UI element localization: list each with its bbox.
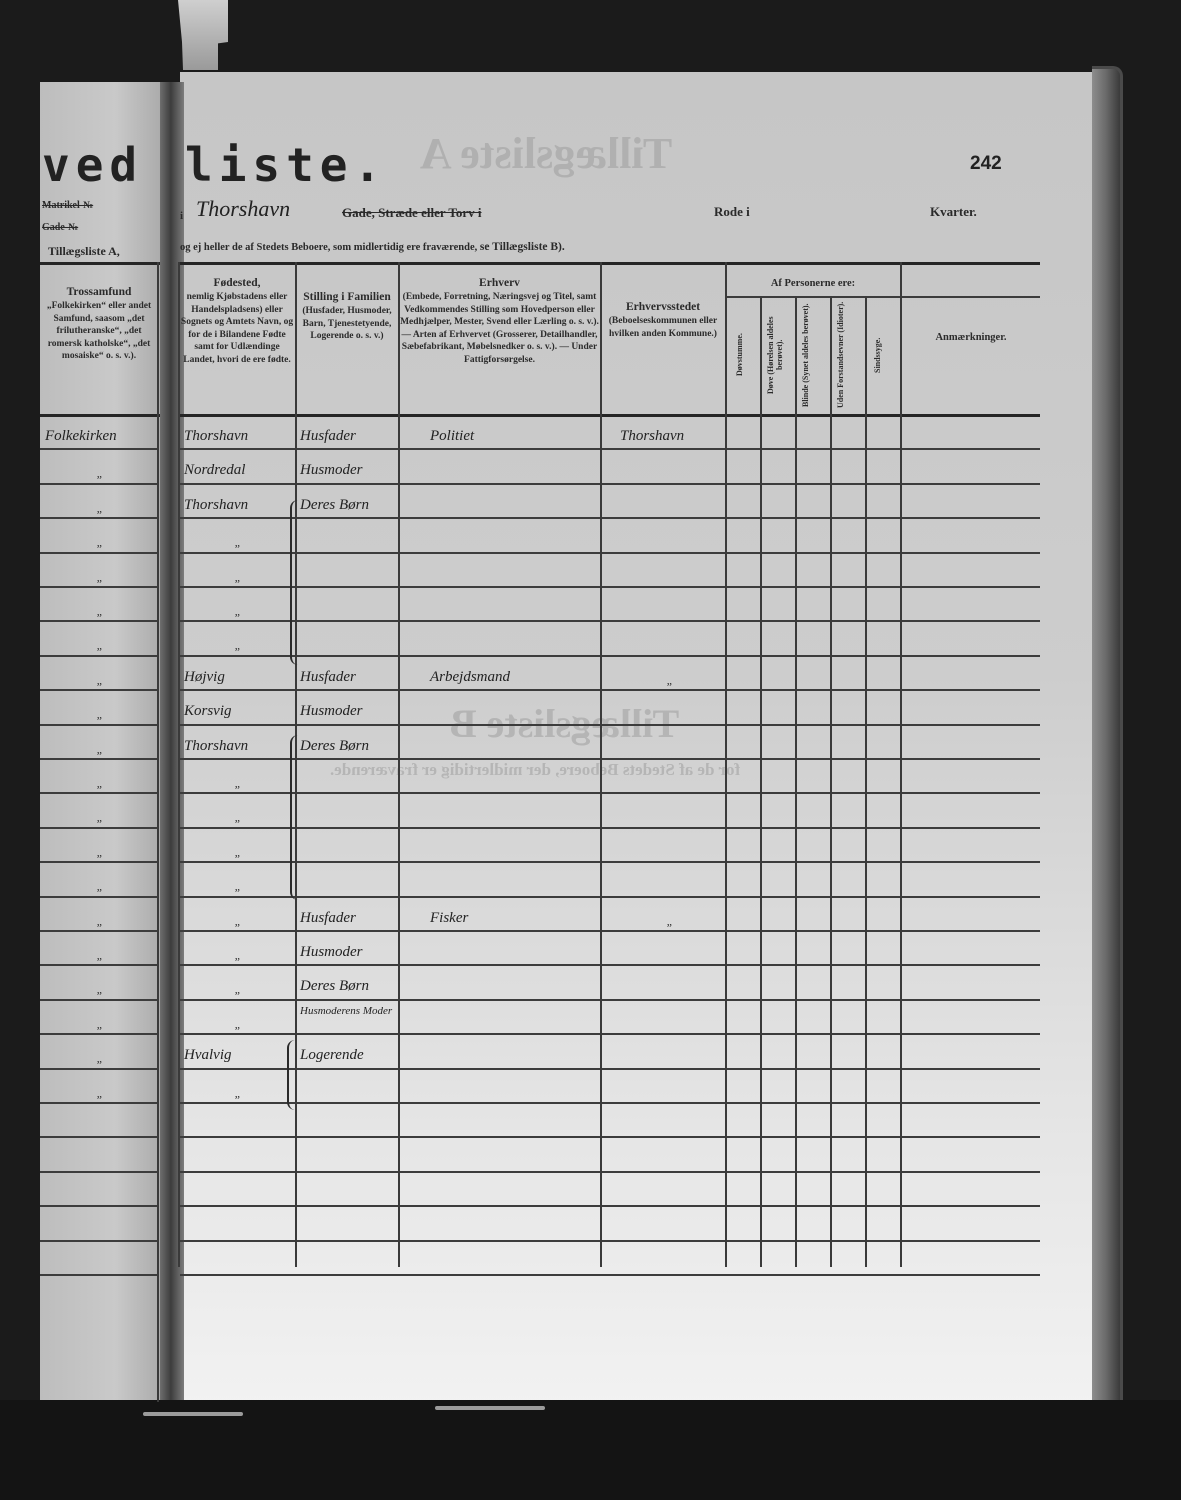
- row-rule-left: [40, 999, 158, 1001]
- cell-fodested: „: [184, 570, 292, 585]
- cell-fodested: „: [184, 1086, 292, 1101]
- subheader-blinde: Blinde (Synet aldeles berøvet).: [801, 300, 825, 410]
- row-rule-left: [40, 689, 158, 691]
- cell-trossamfund: „: [45, 673, 155, 688]
- cell-trossamfund: „: [45, 570, 155, 585]
- column-rule: [398, 262, 400, 1267]
- row-rule-left: [40, 1205, 158, 1207]
- page-edge: [1092, 66, 1123, 1429]
- column-rule: [900, 262, 902, 1267]
- place-handwritten: Thorshavn: [196, 196, 290, 222]
- row-rule-left: [40, 586, 158, 588]
- header-stilling: Stilling i Familien (Husfader, Husmoder,…: [297, 290, 397, 343]
- cell-fodested: „: [184, 638, 292, 653]
- binding-glint: [435, 1406, 545, 1410]
- table-top-rule: [180, 262, 1040, 265]
- cell-trossamfund: „: [45, 879, 155, 894]
- cell-fodested: „: [184, 982, 292, 997]
- table-top-rule-left: [40, 262, 160, 265]
- row-rule: [180, 483, 1040, 485]
- cell-fodested: Hvalvig: [184, 1047, 292, 1064]
- cell-trossamfund: „: [45, 1051, 155, 1066]
- row-rule: [180, 517, 1040, 519]
- cell-stilling: Deres Børn: [300, 978, 396, 995]
- row-rule-left: [40, 1274, 158, 1276]
- page-number: 242: [970, 153, 1002, 175]
- children-brace: [290, 735, 302, 900]
- cell-fodested: „: [184, 604, 292, 619]
- matrikel-label: Matrikel-№: [42, 200, 93, 211]
- column-rule: [725, 262, 727, 1267]
- row-rule: [180, 552, 1040, 554]
- cell-trossamfund: „: [45, 776, 155, 791]
- column-rule: [830, 296, 832, 1267]
- row-rule: [180, 620, 1040, 622]
- row-rule-left: [40, 483, 158, 485]
- column-rule: [600, 262, 602, 1267]
- cell-trossamfund: „: [45, 466, 155, 481]
- row-rule-left: [40, 861, 158, 863]
- cell-fodested: „: [184, 914, 292, 929]
- header-anmaerkninger: Anmærkninger.: [902, 330, 1040, 345]
- row-rule-left: [40, 1171, 158, 1173]
- row-rule-left: [40, 896, 158, 898]
- subheader-dovstumme: Døvstumme.: [735, 300, 753, 410]
- row-rule-left: [40, 792, 158, 794]
- ghost-line-mid: for de af Stedets Beboere, der midlertid…: [330, 760, 740, 780]
- row-rule: [180, 827, 1040, 829]
- row-rule: [180, 930, 1040, 932]
- column-rule: [178, 262, 180, 1267]
- cell-erhverv: Fisker: [430, 910, 590, 927]
- header-erhverv: Erhverv (Embede, Forretning, Næringsvej …: [400, 276, 599, 366]
- supplement-a-ref: Tillægsliste A,: [48, 244, 120, 259]
- children-brace: [290, 500, 302, 665]
- row-rule-left: [40, 1033, 158, 1035]
- row-rule: [180, 1068, 1040, 1070]
- column-rule: [795, 296, 797, 1267]
- cell-stilling: Husfader: [300, 669, 396, 686]
- cell-trossamfund: „: [45, 845, 155, 860]
- cell-fodested: Nordredal: [184, 462, 292, 479]
- rode-label: Rode i: [714, 204, 750, 220]
- gade-label: Gade-№: [42, 222, 78, 233]
- row-rule: [180, 1136, 1040, 1138]
- cell-erhverv: Politiet: [430, 428, 590, 445]
- subheader-sindssyge: Sindssyge.: [873, 300, 891, 410]
- cell-stilling: Husfader: [300, 910, 396, 927]
- row-rule-left: [40, 1068, 158, 1070]
- cell-trossamfund: „: [45, 501, 155, 516]
- lodger-brace: [287, 1040, 299, 1110]
- cell-stilling: Husmoder: [300, 703, 396, 720]
- cell-fodested: „: [184, 948, 292, 963]
- cell-fodested: Thorshavn: [184, 738, 292, 755]
- row-rule: [180, 1033, 1040, 1035]
- title-fragment: ved: [42, 138, 143, 192]
- cell-stilling: Husfader: [300, 428, 396, 445]
- cell-fodested: Korsvig: [184, 703, 292, 720]
- cell-stilling: Deres Børn: [300, 738, 396, 755]
- cell-fodested: Thorshavn: [184, 428, 292, 445]
- cell-fodested: „: [184, 535, 292, 550]
- cell-fodested: „: [184, 1017, 292, 1032]
- cell-stilling: Husmoder: [300, 944, 396, 961]
- row-rule: [180, 964, 1040, 966]
- cell-stilling: Husmoder: [300, 462, 396, 479]
- row-rule: [180, 1274, 1040, 1276]
- row-rule-left: [40, 655, 158, 657]
- cell-trossamfund: Folkekirken: [45, 428, 155, 445]
- row-rule: [180, 896, 1040, 898]
- cell-fodested: Højvig: [184, 669, 292, 686]
- cell-erhvervsstedet: „: [620, 914, 720, 929]
- row-rule: [180, 758, 1040, 760]
- address-prefix: i: [180, 210, 183, 222]
- subheader-rule: [725, 296, 1040, 298]
- row-rule: [180, 1240, 1040, 1242]
- cell-erhverv: Arbejdsmand: [430, 669, 590, 686]
- row-rule-left: [40, 964, 158, 966]
- row-rule: [180, 1205, 1040, 1207]
- row-rule: [180, 1171, 1040, 1173]
- cell-fodested: „: [184, 845, 292, 860]
- cell-trossamfund: „: [45, 742, 155, 757]
- row-rule-left: [40, 517, 158, 519]
- cell-trossamfund: „: [45, 1086, 155, 1101]
- header-erhvervsstedet: Erhvervsstedet (Beboelseskommunen eller …: [602, 300, 724, 340]
- row-rule: [180, 999, 1040, 1001]
- cell-stilling: Deres Børn: [300, 497, 396, 514]
- note-text: og ej heller de af Stedets Beboere, som …: [180, 242, 477, 253]
- cell-trossamfund: „: [45, 707, 155, 722]
- cell-trossamfund: „: [45, 535, 155, 550]
- kvarter-label: Kvarter.: [930, 204, 977, 220]
- page-title: liste.: [185, 138, 387, 192]
- cell-trossamfund: „: [45, 1017, 155, 1032]
- row-rule-left: [40, 724, 158, 726]
- row-rule-left: [40, 827, 158, 829]
- row-rule-left: [40, 1102, 158, 1104]
- cell-stilling: Logerende: [300, 1047, 396, 1064]
- cell-trossamfund: „: [45, 638, 155, 653]
- table-header-bottom-rule-left: [40, 414, 160, 417]
- row-rule: [180, 655, 1040, 657]
- row-rule-left: [40, 758, 158, 760]
- row-rule: [180, 448, 1040, 450]
- paper-tab: [178, 0, 228, 70]
- column-rule: [157, 262, 159, 1402]
- row-rule-left: [40, 1240, 158, 1242]
- subheader-dove: Døve (Hørelsen aldeles berøvet).: [766, 300, 790, 410]
- row-rule-left: [40, 552, 158, 554]
- cell-fodested: „: [184, 776, 292, 791]
- cell-fodested: „: [184, 879, 292, 894]
- cell-erhvervsstedet: Thorshavn: [620, 428, 720, 445]
- header-fodested: Fødested, nemlig Kjøbstadens eller Hande…: [180, 276, 294, 366]
- cell-stilling: Husmoderens Moder: [300, 1005, 396, 1017]
- subheader-idioter: Uden Forstandsevner (Idioter).: [836, 300, 860, 410]
- cell-trossamfund: „: [45, 948, 155, 963]
- header-af-personerne: Af Personerne ere:: [727, 276, 899, 291]
- struck-street-label: Gade, Stræde eller Torv i: [342, 205, 482, 221]
- cell-trossamfund: „: [45, 914, 155, 929]
- row-rule-left: [40, 1136, 158, 1138]
- row-rule: [180, 861, 1040, 863]
- cell-fodested: „: [184, 810, 292, 825]
- row-rule-left: [40, 448, 158, 450]
- binding-glint: [143, 1412, 243, 1416]
- ghost-heading-top: Tillægsliste A: [420, 128, 672, 179]
- header-trossamfund: Trossamfund „Folkekirken“ eller andet Sa…: [40, 285, 158, 363]
- column-rule: [760, 296, 762, 1267]
- row-rule: [180, 1102, 1040, 1104]
- note-supplement-b-ref: se Tillægsliste B).: [480, 241, 565, 253]
- note-line: og ej heller de af Stedets Beboere, som …: [180, 241, 565, 253]
- column-rule: [865, 296, 867, 1267]
- row-rule-left: [40, 930, 158, 932]
- row-rule: [180, 792, 1040, 794]
- cell-erhvervsstedet: „: [620, 673, 720, 688]
- cell-trossamfund: „: [45, 810, 155, 825]
- cell-trossamfund: „: [45, 982, 155, 997]
- row-rule: [180, 586, 1040, 588]
- table-header-bottom-rule: [180, 414, 1040, 417]
- cell-fodested: Thorshavn: [184, 497, 292, 514]
- row-rule-left: [40, 620, 158, 622]
- cell-trossamfund: „: [45, 604, 155, 619]
- row-rule: [180, 689, 1040, 691]
- row-rule: [180, 724, 1040, 726]
